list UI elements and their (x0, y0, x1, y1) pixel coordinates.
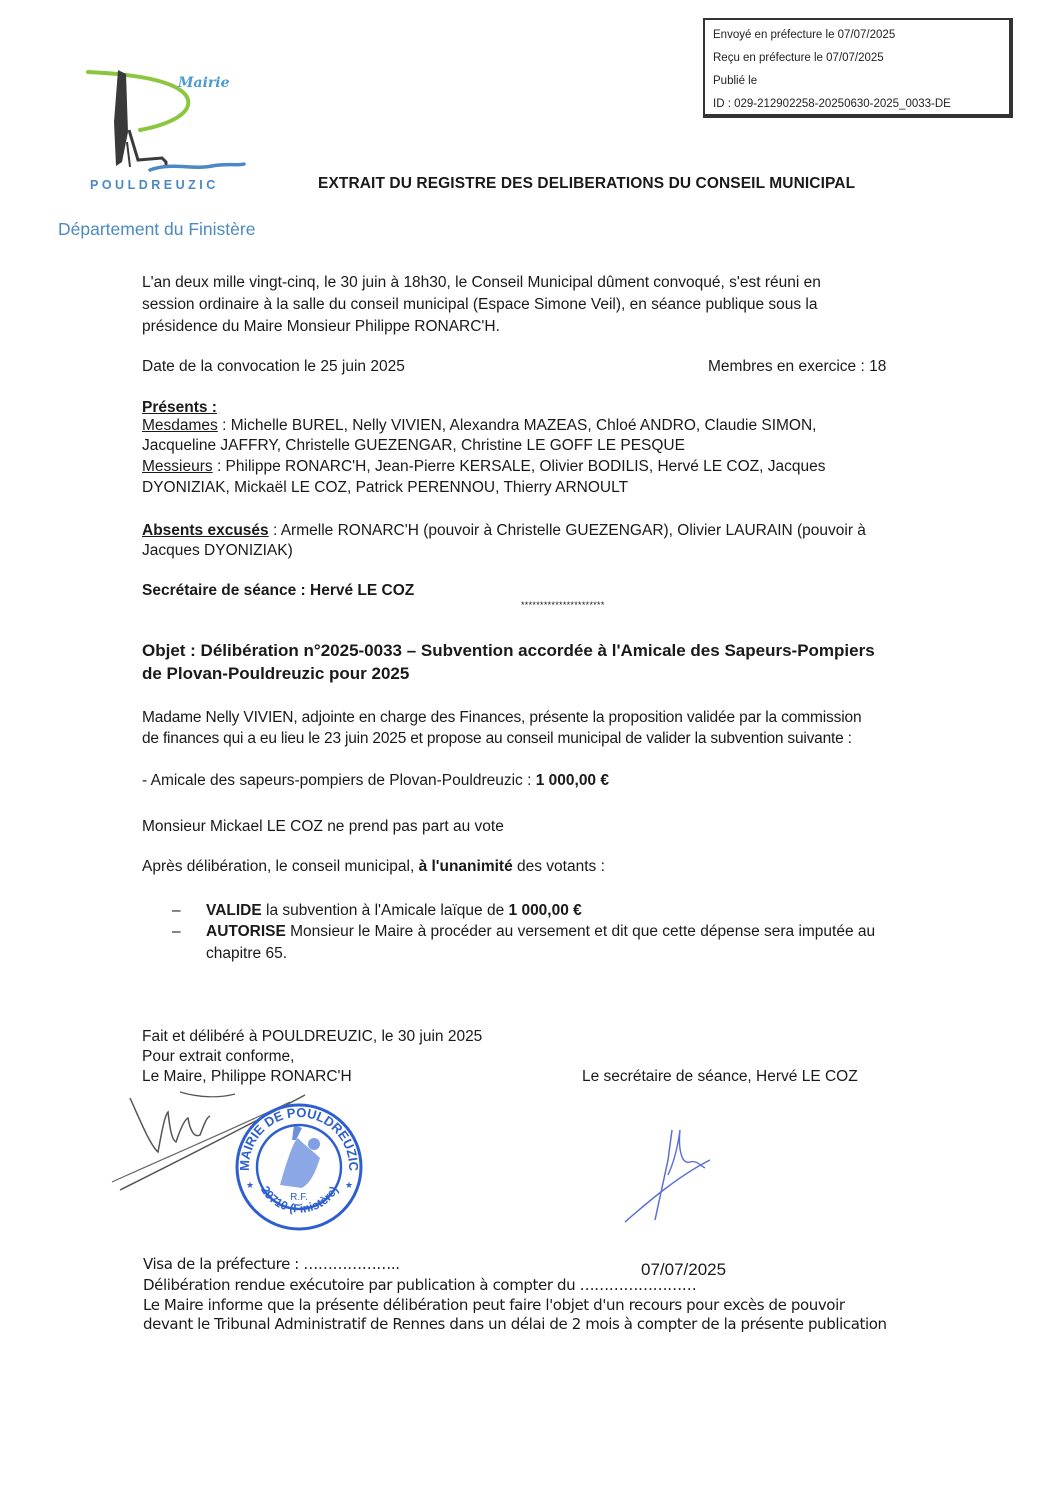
mayor-signatory: Le Maire, Philippe RONARC'H (142, 1066, 352, 1088)
intro-line-3: présidence du Maire Monsieur Philippe RO… (142, 316, 500, 338)
conform-extract: Pour extrait conforme, (142, 1046, 294, 1068)
messieurs-names-1: : Philippe RONARC'H, Jean-Pierre KERSALE… (213, 458, 826, 475)
body-para-line-2: de finances qui a eu lieu le 23 juin 202… (142, 728, 852, 750)
messieurs-label: Messieurs (142, 458, 213, 475)
decision-pre: Après délibération, le conseil municipal… (142, 858, 419, 875)
intro-line-1: L'an deux mille vingt-cinq, le 30 juin à… (142, 272, 821, 294)
document-title: EXTRAIT DU REGISTRE DES DELIBERATIONS DU… (318, 175, 855, 193)
absent-label: Absents excusés (142, 522, 269, 539)
messieurs-line-2: DYONIZIAK, Mickaël LE COZ, Patrick PEREN… (142, 477, 628, 499)
logo-town-name: POULDREUZIC (90, 178, 250, 192)
published-date: Publié le (713, 70, 1001, 93)
received-date: Reçu en préfecture le 07/07/2025 (713, 47, 1001, 70)
absent-line-2: Jacques DYONIZIAK) (142, 540, 293, 562)
department-name: Département du Finistère (58, 219, 255, 240)
bullet-dash: – (172, 921, 206, 943)
decision-item-2: –AUTORISE Monsieur le Maire à procéder a… (172, 921, 875, 943)
decision-item-2-cont: chapitre 65. (206, 943, 287, 965)
convocation-date: Date de la convocation le 25 juin 2025 (142, 356, 405, 378)
item-text: Monsieur le Maire à procéder au versemen… (286, 923, 875, 940)
absent-names-1: : Armelle RONARC'H (pouvoir à Christelle… (269, 522, 866, 539)
executory-date: 07/07/2025 (641, 1260, 726, 1280)
intro-line-2: session ordinaire à la salle du conseil … (142, 294, 818, 316)
item-verb: VALIDE (206, 902, 262, 919)
svg-text:★: ★ (246, 1180, 254, 1190)
mesdames-label: Mesdames (142, 417, 218, 434)
subsidy-amount: 1 000,00 € (536, 772, 609, 789)
body-para-line-1: Madame Nelly VIVIEN, adjointe en charge … (142, 707, 861, 729)
item-text: la subvention à l'Amicale laïque de (262, 902, 509, 919)
town-seal: MAIRIE DE POULDREUZIC 29710 (Finistère) … (232, 1100, 367, 1235)
object-line-1: Objet : Délibération n°2025-0033 – Subve… (142, 640, 875, 662)
bullet-dash: – (172, 900, 206, 922)
seal-icon: MAIRIE DE POULDREUZIC 29710 (Finistère) … (232, 1100, 367, 1235)
mesdames-names-1: : Michelle BUREL, Nelly VIVIEN, Alexandr… (218, 417, 817, 434)
done-at: Fait et délibéré à POULDREUZIC, le 30 ju… (142, 1026, 482, 1048)
mesdames-line-2: Jacqueline JAFFRY, Christelle GUEZENGAR,… (142, 435, 685, 457)
appeal-line-2: devant le Tribunal Administratif de Renn… (143, 1313, 887, 1335)
svg-text:R.F.: R.F. (290, 1192, 308, 1203)
messieurs-line-1: Messieurs : Philippe RONARC'H, Jean-Pier… (142, 456, 825, 478)
prefecture-stamp: Envoyé en préfecture le 07/07/2025 Reçu … (703, 18, 1013, 118)
secretary-signature-icon (620, 1120, 720, 1230)
decision-item-1: –VALIDE la subvention à l'Amicale laïque… (172, 900, 582, 922)
abstention-note: Monsieur Mickael LE COZ ne prend pas par… (142, 816, 504, 838)
subsidy-label: - Amicale des sapeurs-pompiers de Plovan… (142, 772, 536, 789)
item-verb: AUTORISE (206, 923, 286, 940)
decision-post: des votants : (513, 858, 605, 875)
session-secretary: Secrétaire de séance : Hervé LE COZ (142, 580, 414, 602)
item-amount: 1 000,00 € (509, 902, 582, 919)
subsidy-line: - Amicale des sapeurs-pompiers de Plovan… (142, 770, 609, 792)
prefecture-visa: Visa de la préfecture : ……………….. (143, 1253, 400, 1275)
absent-line-1: Absents excusés : Armelle RONARC'H (pouv… (142, 520, 866, 542)
unanimity: à l'unanimité (419, 858, 513, 875)
decision-line: Après délibération, le conseil municipal… (142, 856, 605, 878)
svg-text:★: ★ (345, 1180, 353, 1190)
members-count: Membres en exercice : 18 (708, 356, 886, 378)
mesdames-line-1: Mesdames : Michelle BUREL, Nelly VIVIEN,… (142, 415, 817, 437)
object-line-2: de Plovan-Pouldreuzic pour 2025 (142, 663, 409, 685)
svg-text:Mairie: Mairie (177, 75, 230, 91)
secretary-signatory: Le secrétaire de séance, Hervé LE COZ (582, 1066, 858, 1088)
act-id: ID : 029-212902258-20250630-2025_0033-DE (713, 93, 1001, 116)
executory-line: Délibération rendue exécutoire par publi… (143, 1274, 696, 1296)
logo-graphic-icon: Mairie (82, 62, 252, 182)
sent-date: Envoyé en préfecture le 07/07/2025 (713, 24, 1001, 47)
separator-line: ********************** (521, 600, 605, 610)
